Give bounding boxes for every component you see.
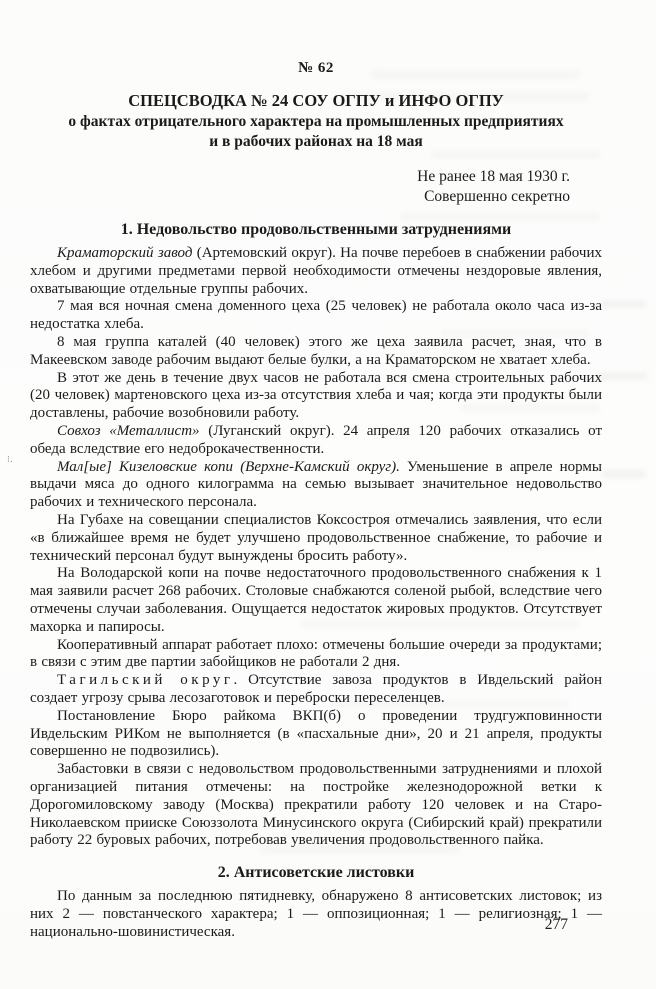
section-heading: 2. Антисоветские листовки	[30, 863, 602, 883]
paragraph: Кооперативный аппарат работает плохо: от…	[30, 637, 602, 673]
paragraph: 7 мая вся ночная смена доменного цеха (2…	[30, 298, 602, 334]
document-meta: Не ранее 18 мая 1930 г. Совершенно секре…	[30, 167, 602, 207]
paragraph: По данным за последнюю пятидневку, обнар…	[30, 888, 602, 941]
document-title: СПЕЦСВОДКА № 24 СОУ ОГПУ и ИНФО ОГПУ	[30, 90, 602, 112]
paragraph-segment: Кооперативный аппарат работает плохо: от…	[30, 637, 602, 671]
document-text-block: № 62 СПЕЦСВОДКА № 24 СОУ ОГПУ и ИНФО ОГП…	[30, 60, 602, 941]
paragraph: 8 мая группа каталей (40 человек) этого …	[30, 334, 602, 370]
paragraph-segment: На Губахе на совещании специалистов Кокс…	[30, 512, 602, 564]
paragraph: На Губахе на совещании специалистов Кокс…	[30, 512, 602, 565]
bleedthrough-smudge	[602, 470, 646, 478]
paragraph-segment: По данным за последнюю пятидневку, обнар…	[30, 888, 602, 940]
page-number: 277	[545, 916, 568, 934]
document-sections: 1. Недовольство продовольственными затру…	[30, 220, 602, 941]
margin-ink-mark: ⁝․	[7, 456, 15, 468]
paragraph: На Володарской копи на почве недостаточн…	[30, 565, 602, 636]
paragraph: Мал[ые] Кизеловские копи (Верхне-Камский…	[30, 459, 602, 512]
paragraph: В этот же день в течение двух часов не р…	[30, 370, 602, 423]
paragraph-segment: Постановление Бюро райкома ВКП(б) о пров…	[30, 708, 602, 760]
document-subtitle-line1: о фактах отрицательного характера на про…	[30, 112, 602, 132]
document-number: № 62	[30, 60, 602, 77]
bleedthrough-smudge	[600, 300, 646, 308]
paragraph-segment: 8 мая группа каталей (40 человек) этого …	[30, 334, 602, 368]
paragraph-segment: 7 мая вся ночная смена доменного цеха (2…	[30, 298, 602, 332]
paragraph: Совхоз «Металлист» (Луганский округ). 24…	[30, 423, 602, 459]
paragraph: Забастовки в связи с недовольством продо…	[30, 761, 602, 850]
paragraph: Тагильский округ. Отсутствие завоза прод…	[30, 672, 602, 708]
paragraph: Постановление Бюро райкома ВКП(б) о пров…	[30, 708, 602, 761]
date-note: Не ранее 18 мая 1930 г.	[30, 167, 570, 187]
paragraph-segment: Краматорский завод	[57, 245, 192, 261]
paragraph-segment: Совхоз «Металлист»	[57, 423, 200, 439]
paragraph: Краматорский завод (Артемовский округ). …	[30, 245, 602, 298]
paragraph-segment: На Володарской копи на почве недостаточн…	[30, 565, 602, 634]
paragraph-segment: Забастовки в связи с недовольством продо…	[30, 761, 602, 848]
classification-stamp: Совершенно секретно	[30, 187, 570, 207]
document-subtitle-line2: и в рабочих районах на 18 мая	[30, 132, 602, 152]
scan-background: { "page": { "doc_number": "№ 62", "title…	[0, 0, 656, 989]
document-page: ⁝․ № 62 СПЕЦСВОДКА № 24 СОУ ОГПУ и ИНФО …	[0, 0, 656, 989]
paragraph-segment: Мал[ые] Кизеловские копи (Верхне-Камский…	[57, 459, 400, 475]
section-heading: 1. Недовольство продовольственными затру…	[30, 220, 602, 240]
paragraph-segment: Тагильский округ	[57, 672, 234, 688]
bleedthrough-smudge	[598, 372, 648, 380]
paragraph-segment: В этот же день в течение двух часов не р…	[30, 370, 602, 422]
